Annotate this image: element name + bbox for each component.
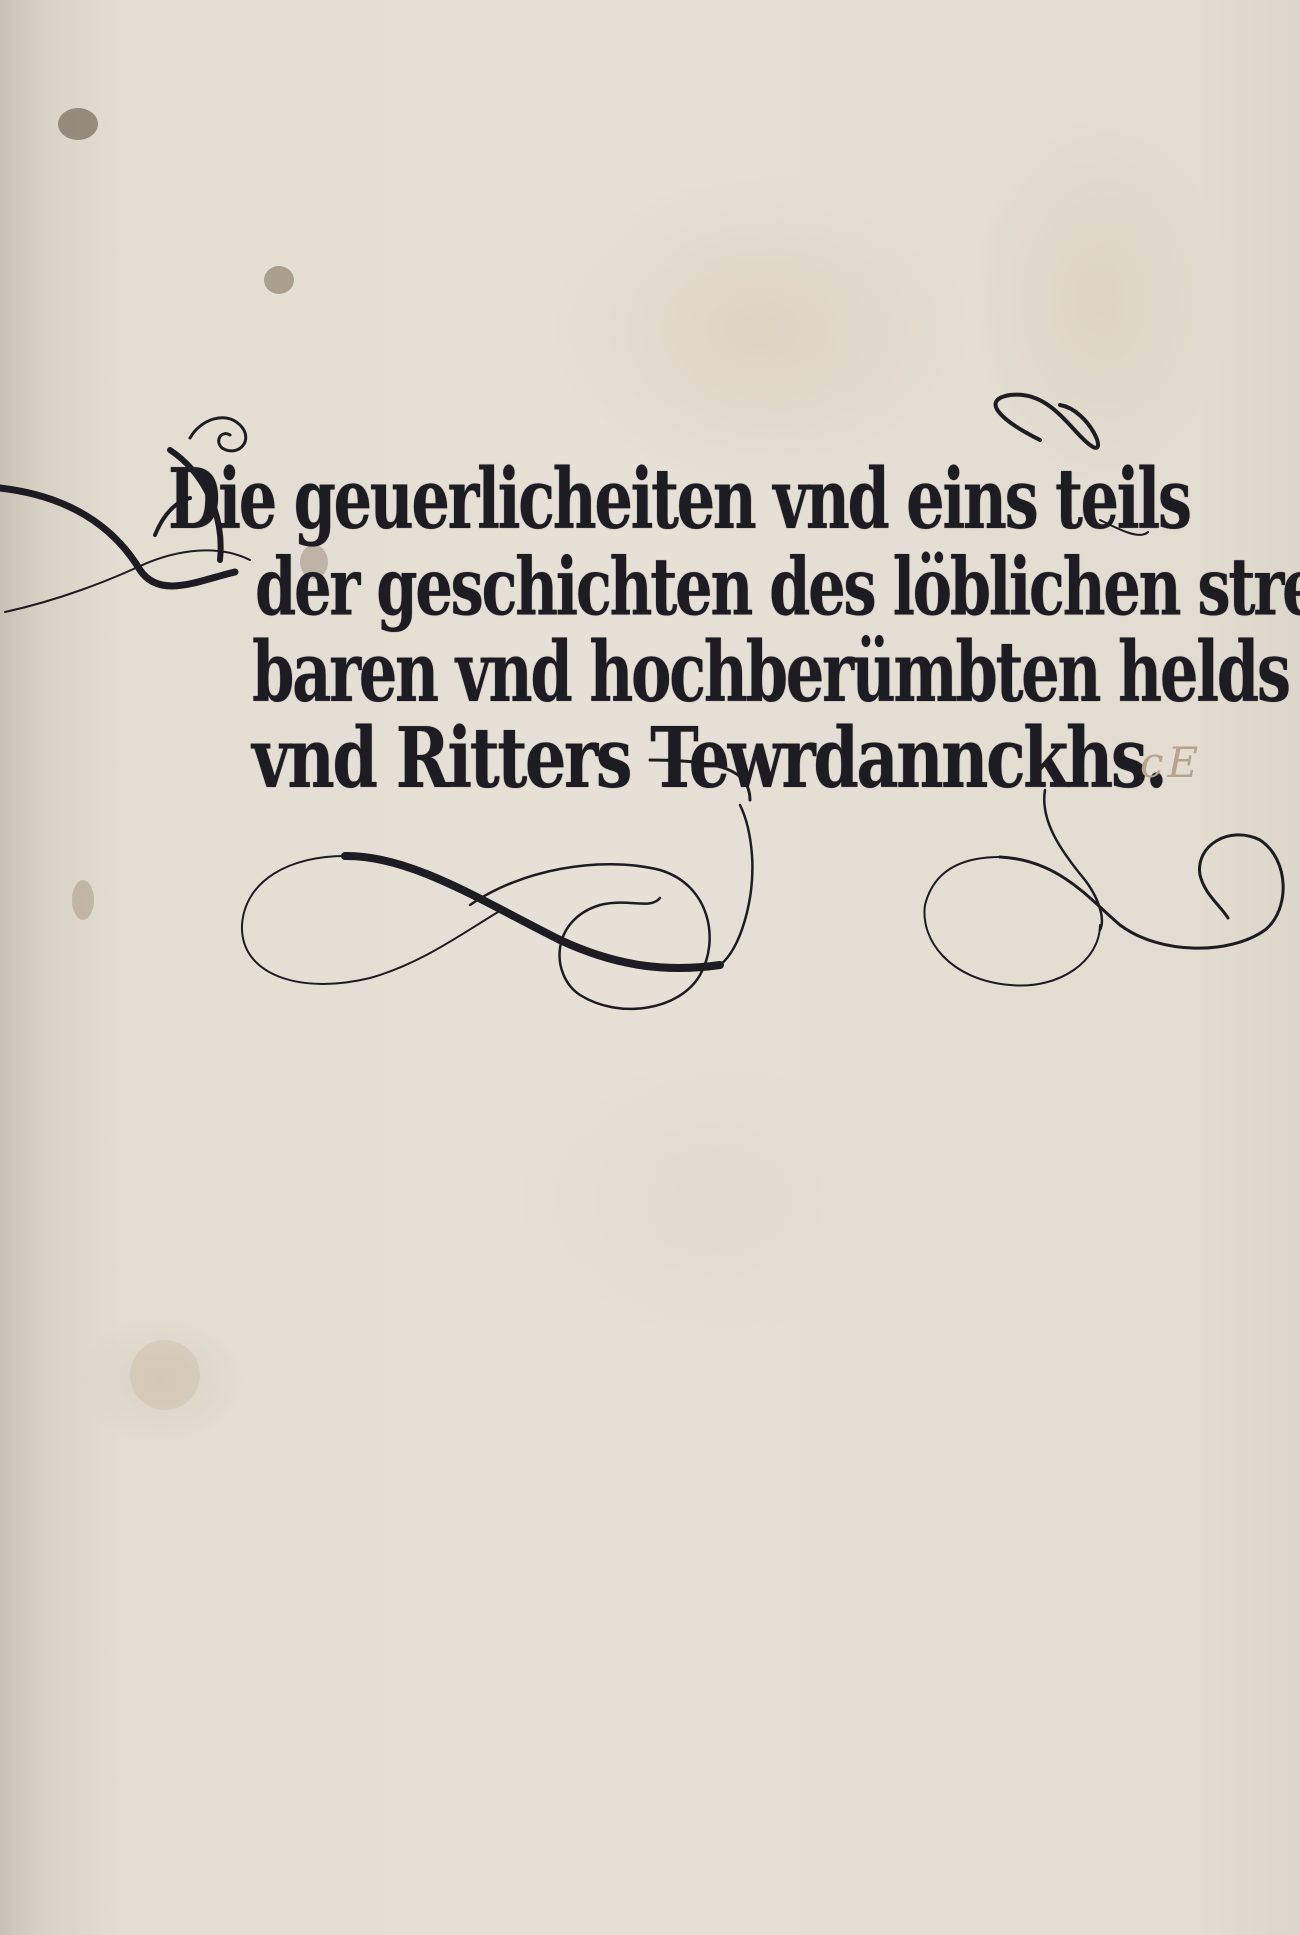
t-descender-stroke xyxy=(650,760,750,800)
manuscript-page: Die geuerlicheiten vnd eins teils der ge… xyxy=(0,0,1300,1935)
calligraphic-flourishes xyxy=(0,0,1300,1935)
flourish-right-figure-eight xyxy=(924,790,1283,986)
initial-d-swash xyxy=(0,418,250,612)
s-swash xyxy=(996,395,1148,535)
flourish-left-figure-eight xyxy=(242,805,752,1009)
